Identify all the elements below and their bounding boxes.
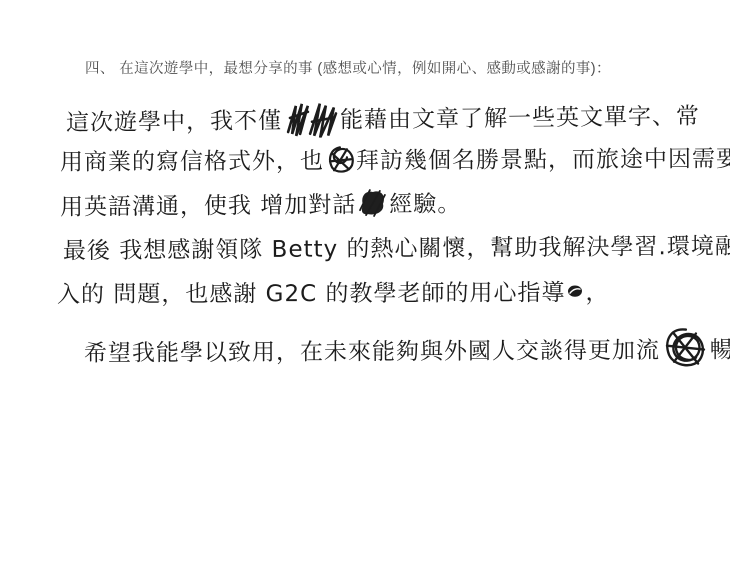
scribble-solid-blot-icon — [358, 188, 387, 217]
handwritten-line-2: 用商業的寫信格式外，也拜訪幾個名勝景點，而旅途中因需要 — [60, 144, 730, 178]
scribble-round-icon — [326, 143, 354, 173]
handwritten-text: 經驗。 — [389, 193, 461, 217]
scribble-ink-dot-icon — [567, 284, 583, 298]
handwritten-line-4: 最後 我想感謝領隊 Betty 的熱心關懷，幫助我解決學習.環境融 — [63, 236, 730, 264]
handwritten-text: 這次遊學中，我不僅 — [66, 110, 282, 135]
scanned-document-page: 四、 在這次遊學中，最想分享的事 (感想或心情，例如開心、感動或感謝的事)： 這… — [0, 0, 730, 566]
handwritten-text: 用商業的寫信格式外，也 — [60, 150, 324, 174]
scribble-loop-icon — [662, 325, 708, 369]
handwritten-text: ， — [585, 282, 609, 305]
handwritten-line-5: 入的 問題，也感謝 G2C 的教學老師的用心指導， — [57, 282, 610, 307]
handwritten-text: 希望我能學以致用，在未來能夠與外國人交談得更加流 — [84, 339, 660, 365]
handwritten-text: 暢。 — [710, 339, 730, 362]
handwritten-text: 入的 問題，也感謝 G2C 的教學老師的用心指導 — [57, 282, 566, 307]
handwritten-text: 拜訪幾個名勝景點，而旅途中因需要 — [356, 148, 730, 173]
handwritten-text: 能藉由文章了解一些英文單字、常 — [340, 105, 700, 132]
scribble-ink-blot-icon — [284, 97, 338, 138]
handwritten-line-6: 希望我能學以致用，在未來能夠與外國人交談得更加流暢。 — [84, 328, 730, 376]
question-prompt: 四、 在這次遊學中，最想分享的事 (感想或心情，例如開心、感動或感謝的事)： — [85, 57, 611, 78]
handwritten-line-3: 用英語溝通，使我 增加對話經驗。 — [60, 190, 462, 223]
handwritten-text: 最後 我想感謝領隊 Betty 的熱心關懷，幫助我解決學習.環境融 — [63, 236, 730, 264]
handwritten-text: 用英語溝通，使我 增加對話 — [60, 194, 357, 220]
handwritten-line-1: 這次遊學中，我不僅能藉由文章了解一些英文單字、常 — [66, 97, 700, 144]
